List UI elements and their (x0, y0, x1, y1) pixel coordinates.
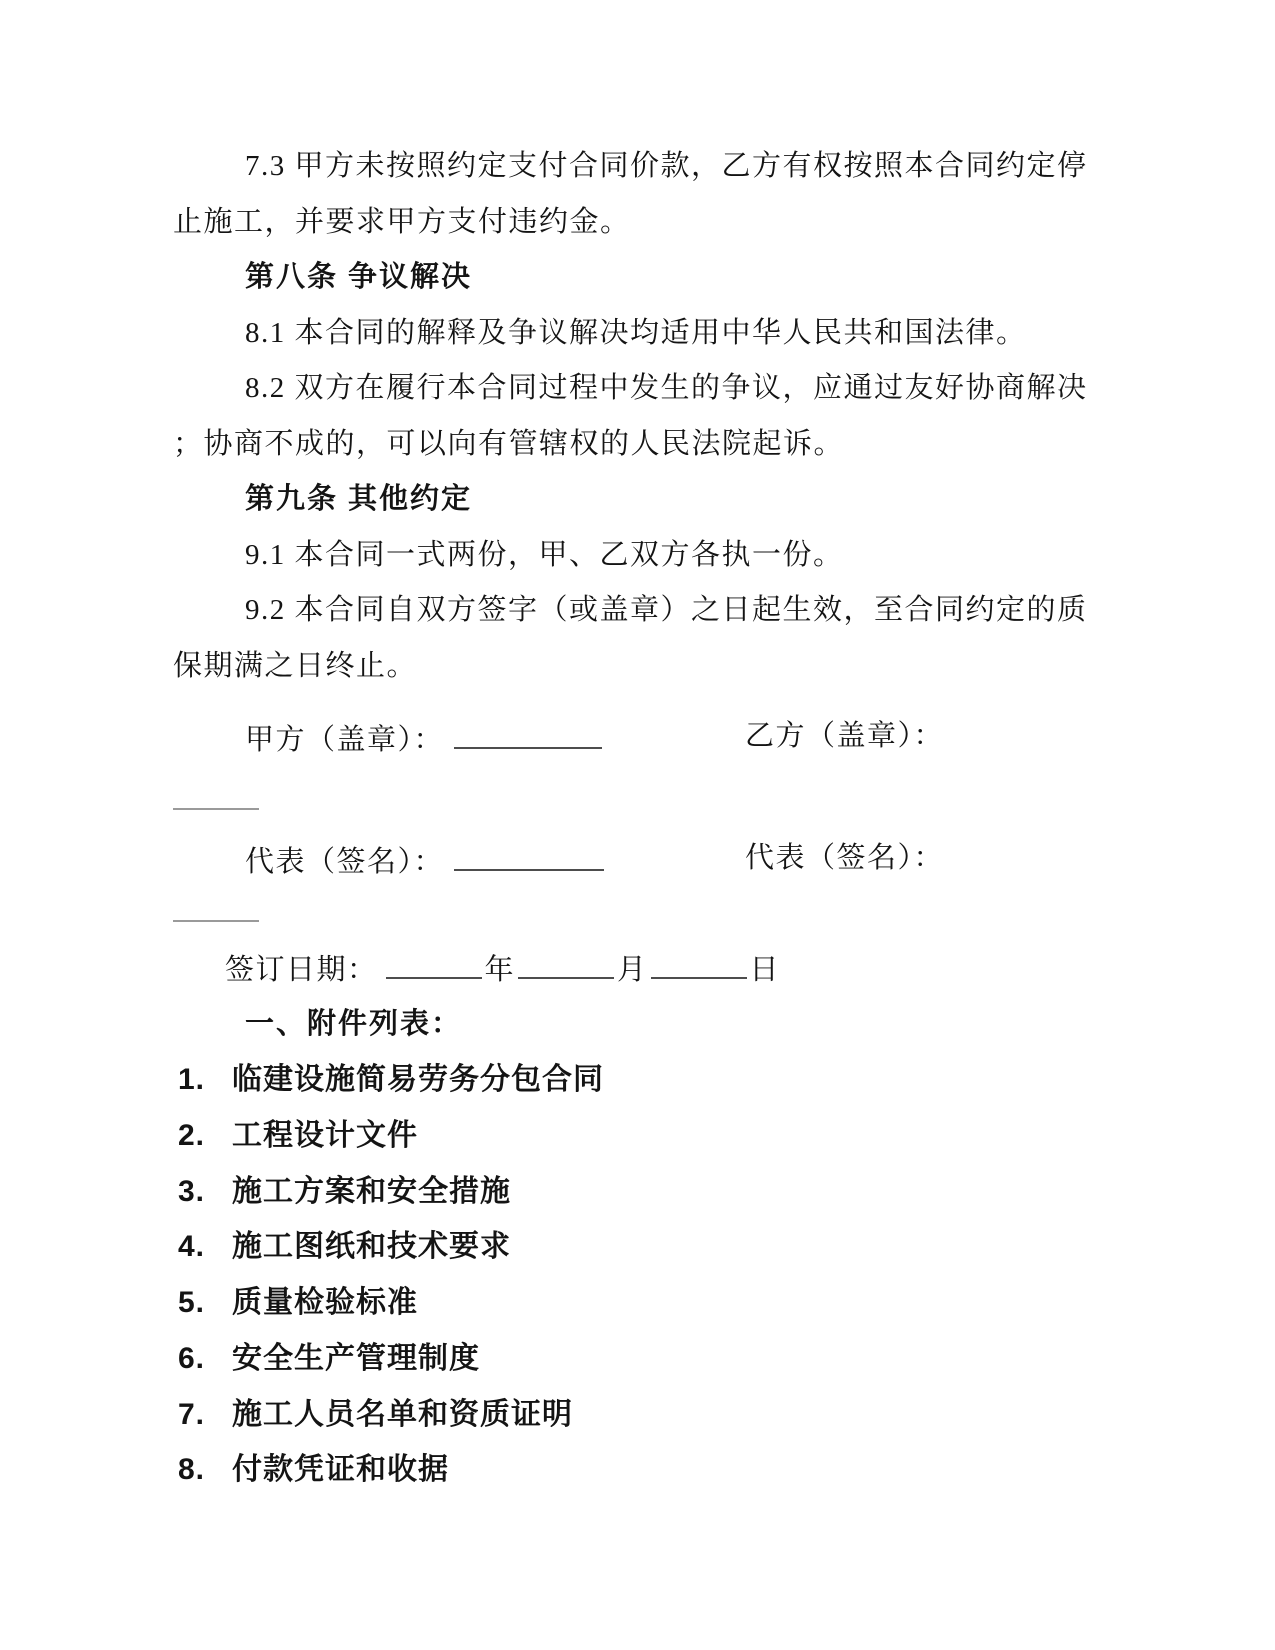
clause-9-2-line-1: 9.2 本合同自双方签字（或盖章）之日起生效，至合同约定的质 (173, 592, 1145, 628)
attachment-item-label: 临建设施简易劳务分包合同 (232, 1063, 604, 1096)
attachment-item-label: 质量检验标准 (232, 1286, 418, 1319)
attachment-item-number: 6. (178, 1341, 216, 1377)
sign-date-label: 签订日期： (225, 954, 378, 986)
year-label: 年 (485, 954, 516, 986)
attachment-item-label: 施工图纸和技术要求 (232, 1230, 511, 1263)
month-label: 月 (617, 954, 648, 986)
attachment-item-6: 6.安全生产管理制度 (173, 1341, 1078, 1377)
attachments-heading: 一、附件列表： (173, 1006, 1145, 1042)
date-day-blank (651, 948, 747, 979)
chapter-8-heading: 第八条 争议解决 (173, 259, 1145, 295)
date-year-blank (386, 948, 482, 979)
clause-8-2-line-1: 8.2 双方在履行本合同过程中发生的争议，应通过友好协商解决 (173, 370, 1145, 406)
date-month-blank (518, 948, 614, 979)
party-a-seal-label: 甲方（盖章）： (245, 724, 444, 756)
attachment-item-3: 3.施工方案和安全措施 (173, 1174, 1078, 1210)
attachment-item-label: 付款凭证和收据 (232, 1453, 449, 1486)
clause-9-1: 9.1 本合同一式两份，甲、乙双方各执一份。 (173, 537, 1145, 573)
attachment-item-number: 3. (178, 1174, 216, 1210)
sign-row: 代表（签名）： 代表（签名）： (173, 840, 1145, 884)
attachment-item-number: 4. (178, 1229, 216, 1265)
attachment-item-7: 7.施工人员名单和资质证明 (173, 1397, 1078, 1433)
date-row: 签订日期：年月日 (173, 948, 1125, 992)
contract-document-page: 7.3 甲方未按照约定支付合同价款，乙方有权按照本合同约定停 止施工，并要求甲方… (0, 0, 1275, 1650)
party-a-seal-blank (454, 718, 602, 749)
rep-a-sign-blank (454, 840, 604, 871)
attachment-item-number: 7. (178, 1397, 216, 1433)
attachment-item-label: 施工方案和安全措施 (232, 1175, 511, 1208)
clause-9-2-line-2: 保期满之日终止。 (173, 648, 1073, 684)
attachment-item-1: 1.临建设施简易劳务分包合同 (173, 1062, 1078, 1098)
attachment-item-label: 安全生产管理制度 (232, 1342, 480, 1375)
rep-b-sign-blank (173, 920, 259, 922)
attachment-item-label: 施工人员名单和资质证明 (232, 1398, 573, 1431)
seal-row: 甲方（盖章）： 乙方（盖章）： (173, 718, 1145, 762)
attachment-item-number: 1. (178, 1062, 216, 1098)
attachment-item-number: 5. (178, 1285, 216, 1321)
clause-8-1: 8.1 本合同的解释及争议解决均适用中华人民共和国法律。 (173, 315, 1145, 351)
chapter-9-heading: 第九条 其他约定 (173, 481, 1145, 517)
attachment-item-2: 2.工程设计文件 (173, 1118, 1078, 1154)
attachment-item-5: 5.质量检验标准 (173, 1285, 1078, 1321)
attachment-item-number: 2. (178, 1118, 216, 1154)
attachment-item-4: 4.施工图纸和技术要求 (173, 1229, 1078, 1265)
rep-a-sign-label: 代表（签名）： (245, 846, 444, 878)
party-b-seal-label: 乙方（盖章）： (745, 718, 944, 754)
attachment-item-8: 8.付款凭证和收据 (173, 1452, 1078, 1488)
attachment-item-label: 工程设计文件 (232, 1119, 418, 1152)
attachment-item-number: 8. (178, 1452, 216, 1488)
party-b-seal-blank (173, 808, 259, 810)
day-label: 日 (750, 954, 781, 986)
clause-7-3-line-2: 止施工，并要求甲方支付违约金。 (173, 204, 1073, 240)
rep-b-sign-label: 代表（签名）： (745, 840, 944, 876)
clause-7-3-line-1: 7.3 甲方未按照约定支付合同价款，乙方有权按照本合同约定停 (173, 148, 1145, 184)
clause-8-2-line-2: ；协商不成的，可以向有管辖权的人民法院起诉。 (173, 426, 1073, 462)
